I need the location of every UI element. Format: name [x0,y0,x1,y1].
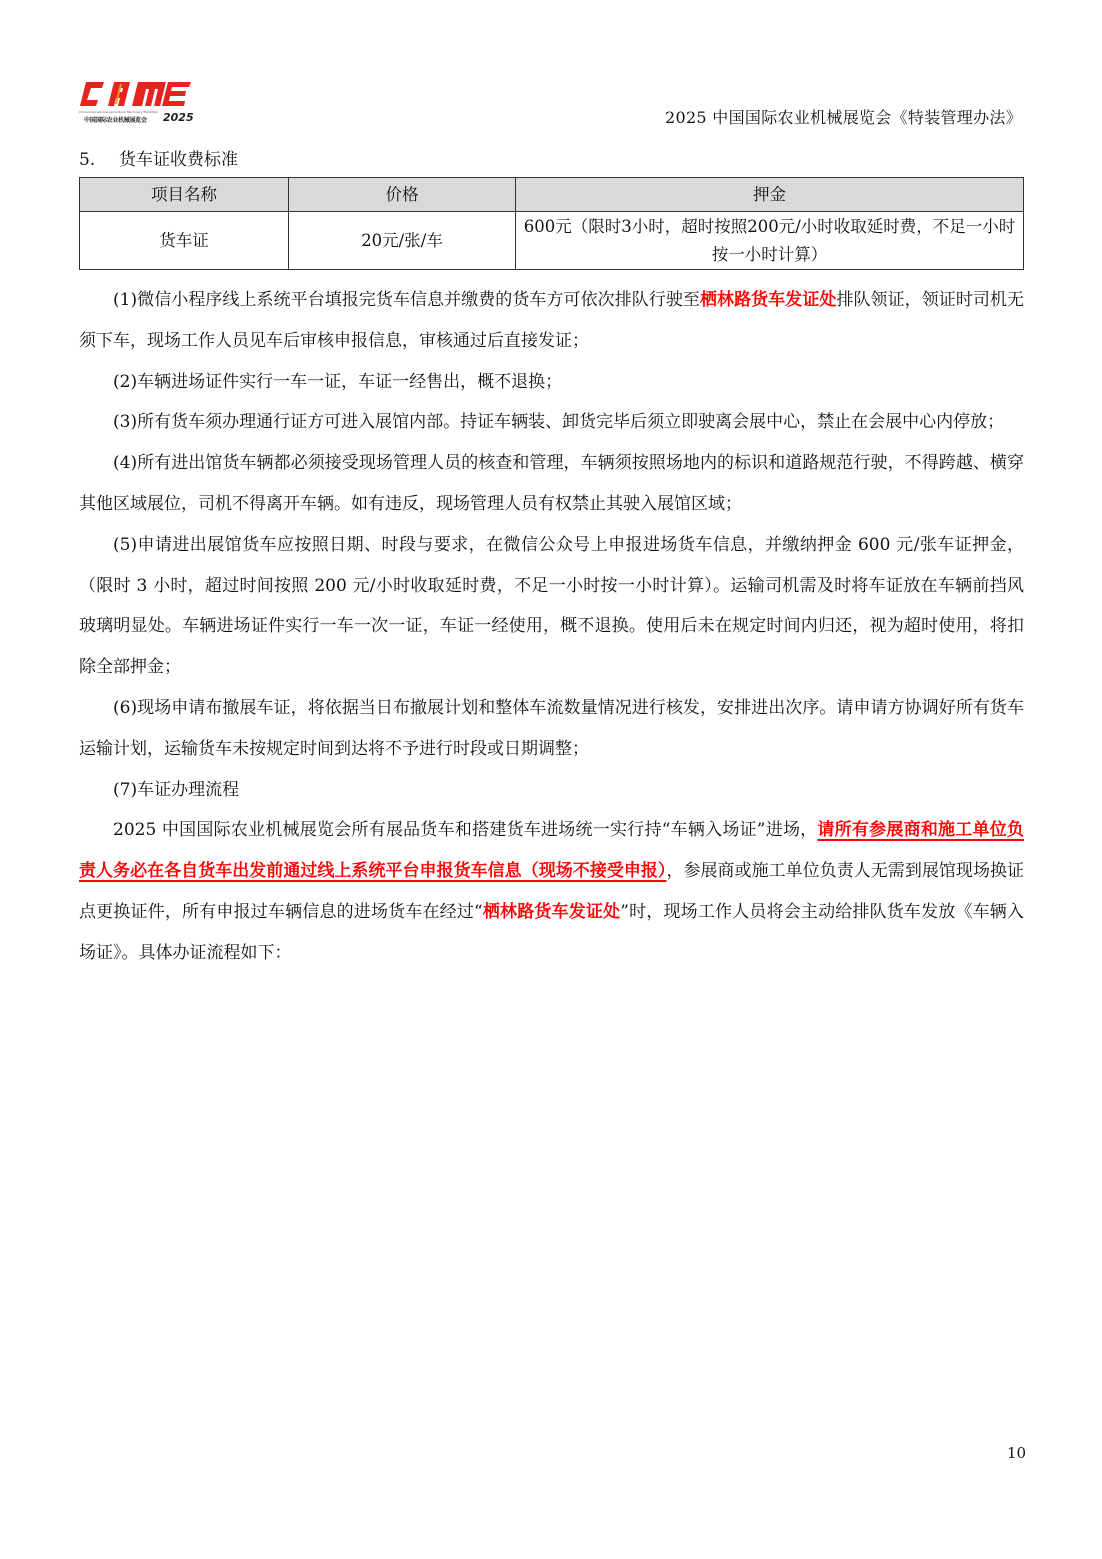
highlight-location: 栖林路货车发证处 [483,902,621,922]
paragraph-8: 2025 中国国际农业机械展览会所有展品货车和搭建货车进场统一实行持“车辆入场证… [79,810,1024,973]
cell-price: 20元/张/车 [289,212,516,270]
paragraph-4: (4)所有进出馆货车辆都必须接受现场管理人员的核查和管理，车辆须按照场地内的标识… [79,443,1024,525]
came-wordmark-icon [78,80,192,108]
truck-pass-fee-table: 项目名称 价格 押金 货车证 20元/张/车 600元（限时3小时，超时按照20… [79,177,1024,270]
came-logo: China International Agricultural Machine… [78,80,198,124]
logo-year: 2025 [163,111,194,124]
paragraph-6: (6)现场申请布撤展车证，将依据当日布撤展计划和整体车流数量情况进行核发，安排进… [79,688,1024,770]
document-header-title: 2025 中国国际农业机械展览会《特装管理办法》 [665,105,1022,128]
section-heading: 5.货车证收费标准 [79,145,238,170]
section-title: 货车证收费标准 [119,150,238,170]
paragraph-1-text: (1)微信小程序线上系统平台填报完货车信息并缴费的货车方可依次排队行驶至 [113,290,700,310]
table-header-row: 项目名称 价格 押金 [80,178,1024,212]
body-text: (1)微信小程序线上系统平台填报完货车信息并缴费的货车方可依次排队行驶至栖林路货… [79,280,1024,974]
logo-subtitle-cn: 中国国际农业机械展览会 [84,115,147,124]
page-number: 10 [1007,1444,1026,1462]
paragraph-3: (3)所有货车须办理通行证方可进入展馆内部。持证车辆装、卸货完毕后须立即驶离会展… [79,402,1024,443]
column-header-price: 价格 [289,178,516,212]
column-header-deposit: 押金 [516,178,1024,212]
paragraph-5: (5)申请进出展馆货车应按照日期、时段与要求，在微信公众号上申报进场货车信息，并… [79,525,1024,688]
column-header-item: 项目名称 [80,178,289,212]
section-number: 5. [79,150,119,170]
paragraph-7: (7)车证办理流程 [79,770,1024,811]
highlight-location: 栖林路货车发证处 [700,290,836,310]
paragraph-1: (1)微信小程序线上系统平台填报完货车信息并缴费的货车方可依次排队行驶至栖林路货… [79,280,1024,362]
cell-deposit: 600元（限时3小时，超时按照200元/小时收取延时费，不足一小时按一小时计算） [516,212,1024,270]
paragraph-8-text: 2025 中国国际农业机械展览会所有展品货车和搭建货车进场统一实行持“车辆入场证… [113,820,817,840]
cell-item: 货车证 [80,212,289,270]
table-row: 货车证 20元/张/车 600元（限时3小时，超时按照200元/小时收取延时费，… [80,212,1024,270]
logo-subtitle-en: China International Agricultural Machine… [79,110,169,114]
document-page: China International Agricultural Machine… [0,0,1102,1559]
paragraph-2: (2)车辆进场证件实行一车一证，车证一经售出，概不退换； [79,362,1024,403]
